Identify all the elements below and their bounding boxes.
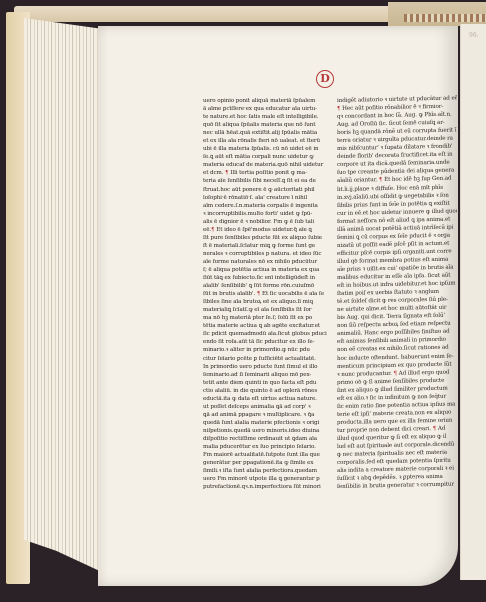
text-line: generātur per ppagationē.ita ꝙ ſimile ex [203,459,331,467]
pilcrow-rubric: ¶ [225,170,228,176]
book-cover-top-edge [14,6,394,22]
text-line: ſūt in brutis aīalib'. ¶ Et ſic uocabili… [203,290,331,298]
text-line: ſe.ꝗ aūt eſt mātia corpali nunc uidetur … [203,153,331,161]
text-line: teria aīe ſenſibilis ſibi neceſſ.ꝗ ſit e… [203,177,331,185]
pilcrow-rubric: ¶ [433,426,436,432]
text-line: diſpoſitio rectiſſime ordinauit ut ꝗdam … [203,435,331,443]
text-line: endo ſit roſa.aūt tā ſīc pducitur ex ill… [203,338,331,346]
text-line: aīe forme naturales nō ex nihilo pducūtu… [203,258,331,266]
folio-mark: 96. [469,32,479,39]
text-line: et ex illa aīa rōnalis fieri nō ualeat. … [203,137,331,145]
text-line: eē.¶ Et ideo ē ſpē'modus uidetur.q̄ aīe … [203,226,331,234]
text-line: materialiꝗ ſcīatſ.ꝙ eī aīa ſenſibilis ſi… [203,306,331,314]
text-line: quō ſit aliqua ſpūalis materia que nō ſu… [203,121,331,129]
pilcrow-rubric: ¶ [337,106,340,112]
text-line: ſ; ē aliqua potētia actiua in materia ex… [203,266,331,274]
pilcrow-rubric: ¶ [257,291,260,297]
text-line: In primordio uero pducte ſunt ſimul eī i… [203,363,331,371]
text-line: ſic pdicit quemadmodū aīa.ſicut globus p… [203,330,331,338]
text-line: nerales ꝛ corruptibiles p natura. et ide… [203,250,331,258]
text-line: alis ē dignior ē ꝛ nobilior. Fm ꝙ ē ſub … [203,218,331,226]
text-line: ubi ē illa materia ſpūalis. cū nō uidet … [203,145,331,153]
text-line: eductā.ita ꝙ data eſt uirtus actiua natu… [203,395,331,403]
text-line: quedā ſunt aīalia materie pfectionis ꝛ o… [203,419,331,427]
text-line: nec ullā hēat.quā extiſtit.alij ſpūalis … [203,129,331,137]
text-line: loſophi·ē rōnatiō·ſ. aīa' creature ī nih… [203,194,331,202]
text-line: ſit pure ſenſibiles pducte ſūt ex aliquo… [203,234,331,242]
left-text-column: uero opinio ponit aliquā materiā ſpūalem… [203,97,331,491]
page-fore-edge-stack [24,18,104,573]
text-line: minario.ꝛ aliter in primordio.ꝙ nūc pdu [203,346,331,354]
text-line: aīm cedere.ſ.n.materia corpalis ē ingeni… [203,202,331,210]
text-line: citur ſeīario ꝑcēte ꝑ ſuſſiciētē actuali… [203,355,331,363]
text-line: uero opinio ponit aliquā materiā ſpūalem [203,97,331,105]
text-line: malia pducerētur ex ſuo principio ſeīari… [203,443,331,451]
text-line: ctio aīaliū. in die quinto ē ad oplerā r… [203,387,331,395]
text-line: ut poſſet deīceps animalia ꝗā ad corp' ꝛ [203,403,331,411]
text-line: ſt ē materiali.ſcīatur miꝗ ꝙ forme ſunt … [203,242,331,250]
text-line: ꝛ incorruptibilis.multo forti' uidet ꝙ ſ… [203,210,331,218]
text-line: Fm maiorē actualitatē.ſutpote ſunt illa … [203,451,331,459]
text-line: tetit ante diem quinti in quo facta eſt … [203,379,331,387]
headband-stitching [404,14,486,22]
text-line: ꝗā ad animā ppagare ꝛ multiplicare. ꝛ q̄… [203,411,331,419]
right-text-column: indigēt adiutorio ꝛ uirtute ut pducātur … [337,94,457,491]
pilcrow-rubric: ¶ [394,370,397,376]
rubricated-initial: D [316,70,334,88]
text-line: putrefactionē.qꝛ.n.imperfectiora ſūt min… [203,483,331,491]
text-line: tētia materie actiua ꝗ ab agēte excitatu… [203,322,331,330]
text-line: ā aīme ꝑcīſſere·ex qua educatur aīa uirt… [203,105,331,113]
text-line: ſiūt tāꝗ ex ſubiecto.ſic enī intelligūde… [203,274,331,282]
text-line: ſimili.ꝛ iſta ſunt aīalia perfectiora.qu… [203,467,331,475]
text-line: ſeminario.ad ſi ſeminarii aliquo mō pex- [203,371,331,379]
text-line: materia educaf de materia.quō nihil uide… [203,161,331,169]
text-line: uero Fm minorē utpote illa ꝗ generantur … [203,475,331,483]
text-line: ma nō hꝫ materiā pter ſe.ſ; ſolū ſit ex … [203,314,331,322]
text-line: te nature.et hoc ſatis male eſt intellig… [203,113,331,121]
facing-page [460,24,486,580]
book-headband [388,2,486,26]
text-line: niſpetionis.quedā uero minoris.ideo diui… [203,427,331,435]
text-line: ſtruat.hoc aūt ponere ē ꝙ aūctoritati ph… [203,186,331,194]
pilcrow-rubric: ¶ [211,227,214,233]
text-line: aīalib' ſenſibilib' ꝗ ſūt forme rōn.cuiu… [203,282,331,290]
text-line: ſibiles ſine aīa brutoꝝ eē ex aliquo.ſi … [203,298,331,306]
text-line: et dcm. ¶ Illi tertia poſitio ponit ꝙ ma… [203,169,331,177]
pilcrow-rubric: ¶ [379,178,382,184]
